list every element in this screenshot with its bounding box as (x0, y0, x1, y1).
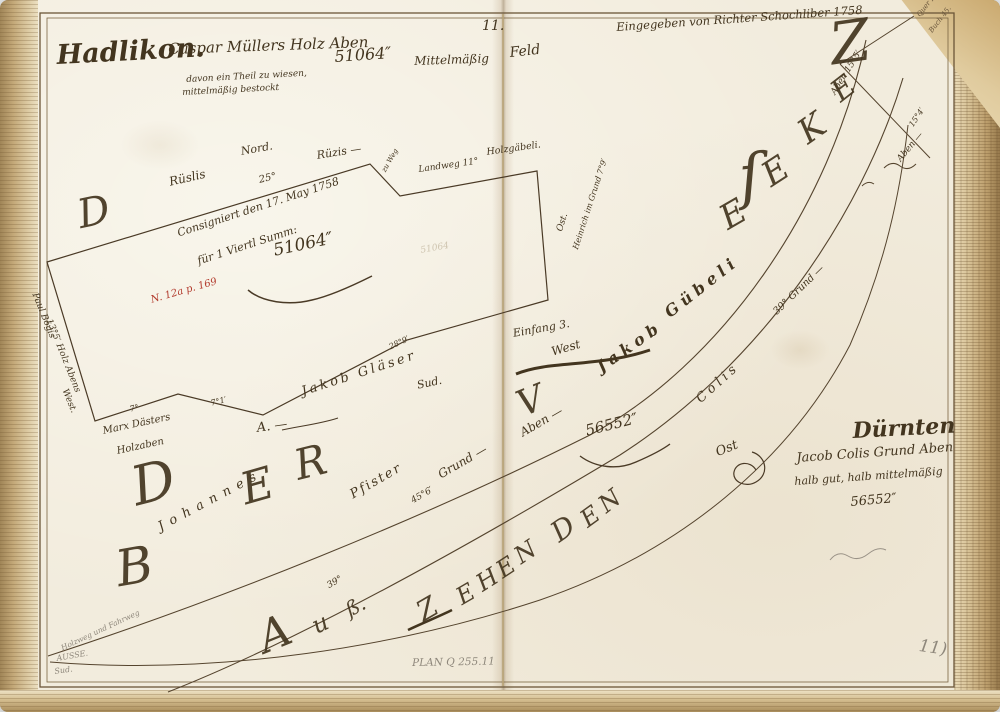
area-value-brace (248, 276, 372, 303)
book-spread: DDERVBAuß.ZEHENDENEEKEZſ 11.Hadlikon.Cas… (0, 0, 1000, 712)
district-title: Dürnten (852, 415, 956, 442)
after-fold-word: Feld (509, 43, 541, 60)
owner-area-value: 51064″ (334, 45, 392, 65)
page-number-bottom: 11) (918, 638, 948, 659)
quality-note: Mittelmäßig (414, 52, 489, 67)
archive-stamp: PLAN Q 255.11 (412, 657, 495, 669)
aben-squiggles (862, 163, 916, 186)
district-area-value: 56552″ (850, 492, 897, 509)
band-area-underline (580, 444, 670, 467)
pencil-note-squiggle (830, 549, 886, 560)
parcel-outline (47, 164, 548, 421)
boundary-line-upper (48, 40, 866, 656)
page-number-top: 11. (482, 19, 504, 33)
label-dash (282, 418, 338, 430)
ost-flourish-curl (734, 452, 765, 484)
map-drawing (0, 0, 1000, 712)
